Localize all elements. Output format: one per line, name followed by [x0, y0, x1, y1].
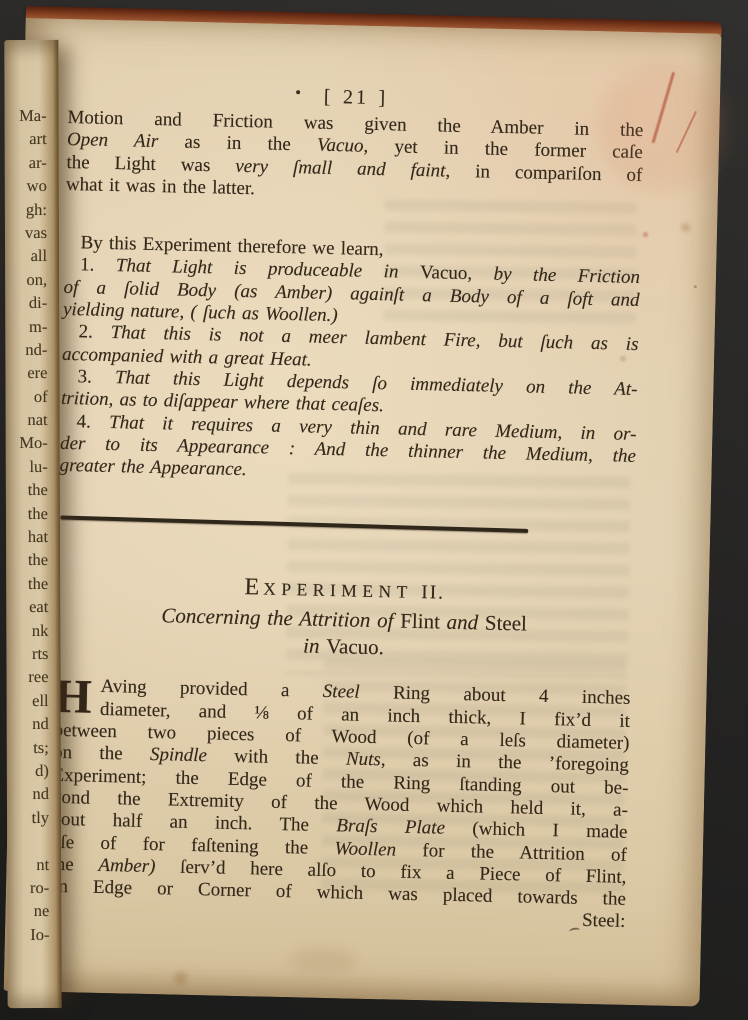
fragment-text: nd-: [5, 338, 47, 362]
foxing-spot: [681, 223, 690, 232]
fragment-text: ts;: [7, 735, 49, 759]
fragment-text: Io-: [7, 923, 49, 947]
fragment-text: ro-: [7, 876, 49, 900]
fragment-text: Ma-: [5, 104, 47, 128]
small-ink-mark: [569, 927, 581, 936]
fragment-text: ar-: [5, 151, 47, 175]
learning-item-4: 4. That it requires a very thin and rare…: [59, 410, 636, 490]
bottom-stain: [288, 946, 359, 974]
fragment-text: [7, 829, 49, 853]
fragment-text: ree: [6, 665, 48, 689]
fragment-text: wo: [5, 174, 47, 198]
section-rule: [60, 516, 528, 533]
fragment-text: the: [6, 478, 48, 502]
fragment-text: nk: [6, 619, 48, 643]
fragment-text: vas: [5, 221, 47, 245]
fragment-text: Mo-: [6, 431, 48, 455]
fragment-text: eat: [6, 595, 48, 619]
fragment-text: gh:: [5, 198, 47, 222]
fragment-text: nt: [7, 852, 49, 876]
fragment-text: ne: [7, 899, 49, 923]
fragment-text: the: [6, 572, 48, 596]
fragment-text: ell: [7, 689, 49, 713]
page-surface: [ 21 ]Motion and Friction was given the …: [4, 18, 722, 1007]
experiment-paragraph: HAving provided a Steel Ring about 4 inc…: [50, 675, 631, 911]
fragment-text: hat: [6, 525, 48, 549]
opening-paragraph: Motion and Friction was given the Amber …: [66, 107, 644, 209]
fragment-text: di-: [5, 291, 47, 315]
fragment-text: nd: [7, 712, 49, 736]
fragment-text: the: [6, 502, 48, 526]
fragment-text: all: [5, 244, 47, 268]
fragment-text: tly: [7, 806, 49, 830]
fragment-text: lu-: [6, 455, 48, 479]
fragment-text: on,: [5, 268, 47, 292]
scan-background: [ 21 ]Motion and Friction was given the …: [0, 0, 748, 1020]
fragment-text: rts: [6, 642, 48, 666]
foxing-spot: [174, 972, 187, 985]
fragment-text: of: [6, 385, 48, 409]
previous-page-edge: Ma-artar-wogh:vasallon,di-m-nd-ereofnatM…: [4, 40, 61, 1008]
fragment-text: d): [7, 759, 49, 783]
fragment-text: ere: [5, 361, 47, 385]
fragment-text: the: [6, 548, 48, 572]
red-speck: [643, 232, 648, 237]
fragment-text: art: [5, 127, 47, 151]
fragment-text: m-: [5, 314, 47, 338]
fragment-text: nat: [6, 408, 48, 432]
book-page: [ 21 ]Motion and Friction was given the …: [4, 6, 722, 1007]
previous-page-text-fragments: Ma-artar-wogh:vasallon,di-m-nd-ereofnatM…: [5, 104, 50, 946]
foxing-spot: [694, 285, 697, 288]
page-text-column: [ 21 ]Motion and Friction was given the …: [49, 77, 644, 934]
fragment-text: nd: [7, 782, 49, 806]
ink-speck: [296, 90, 300, 94]
